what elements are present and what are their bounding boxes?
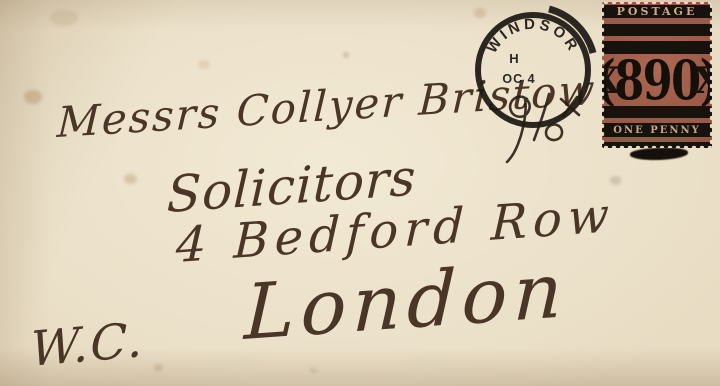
postmark-town-text: WINDSOR [483,16,582,57]
cancel-bar-fragment [630,147,688,161]
penny-red-stamp: POSTAGE ONE PENNY (890) X X [602,2,712,148]
address-line-postal-district: W.C. [30,312,145,378]
duplex-arc [549,9,593,53]
cancel-side-mark: X [694,60,712,102]
envelope: Messrs Collyer Bristow Solicitors 4 Bedf… [0,0,720,386]
fox-spot [610,176,621,185]
address-line-recipient: Messrs Collyer Bristow [56,65,597,147]
fox-spot [474,8,486,18]
stamp-one-penny-text: ONE PENNY [602,125,712,136]
cancel-side-mark: X [602,60,620,102]
fox-spot [24,90,42,104]
fox-spot [198,60,210,69]
fox-spot [124,174,137,184]
fox-spot [343,52,349,58]
postmark-index-letter: H [509,51,518,66]
fox-spot [310,368,317,373]
cancel-bar [602,24,712,36]
fox-spot [50,10,78,26]
fox-spot [154,364,163,371]
stamp-postage-text: POSTAGE [602,5,712,18]
